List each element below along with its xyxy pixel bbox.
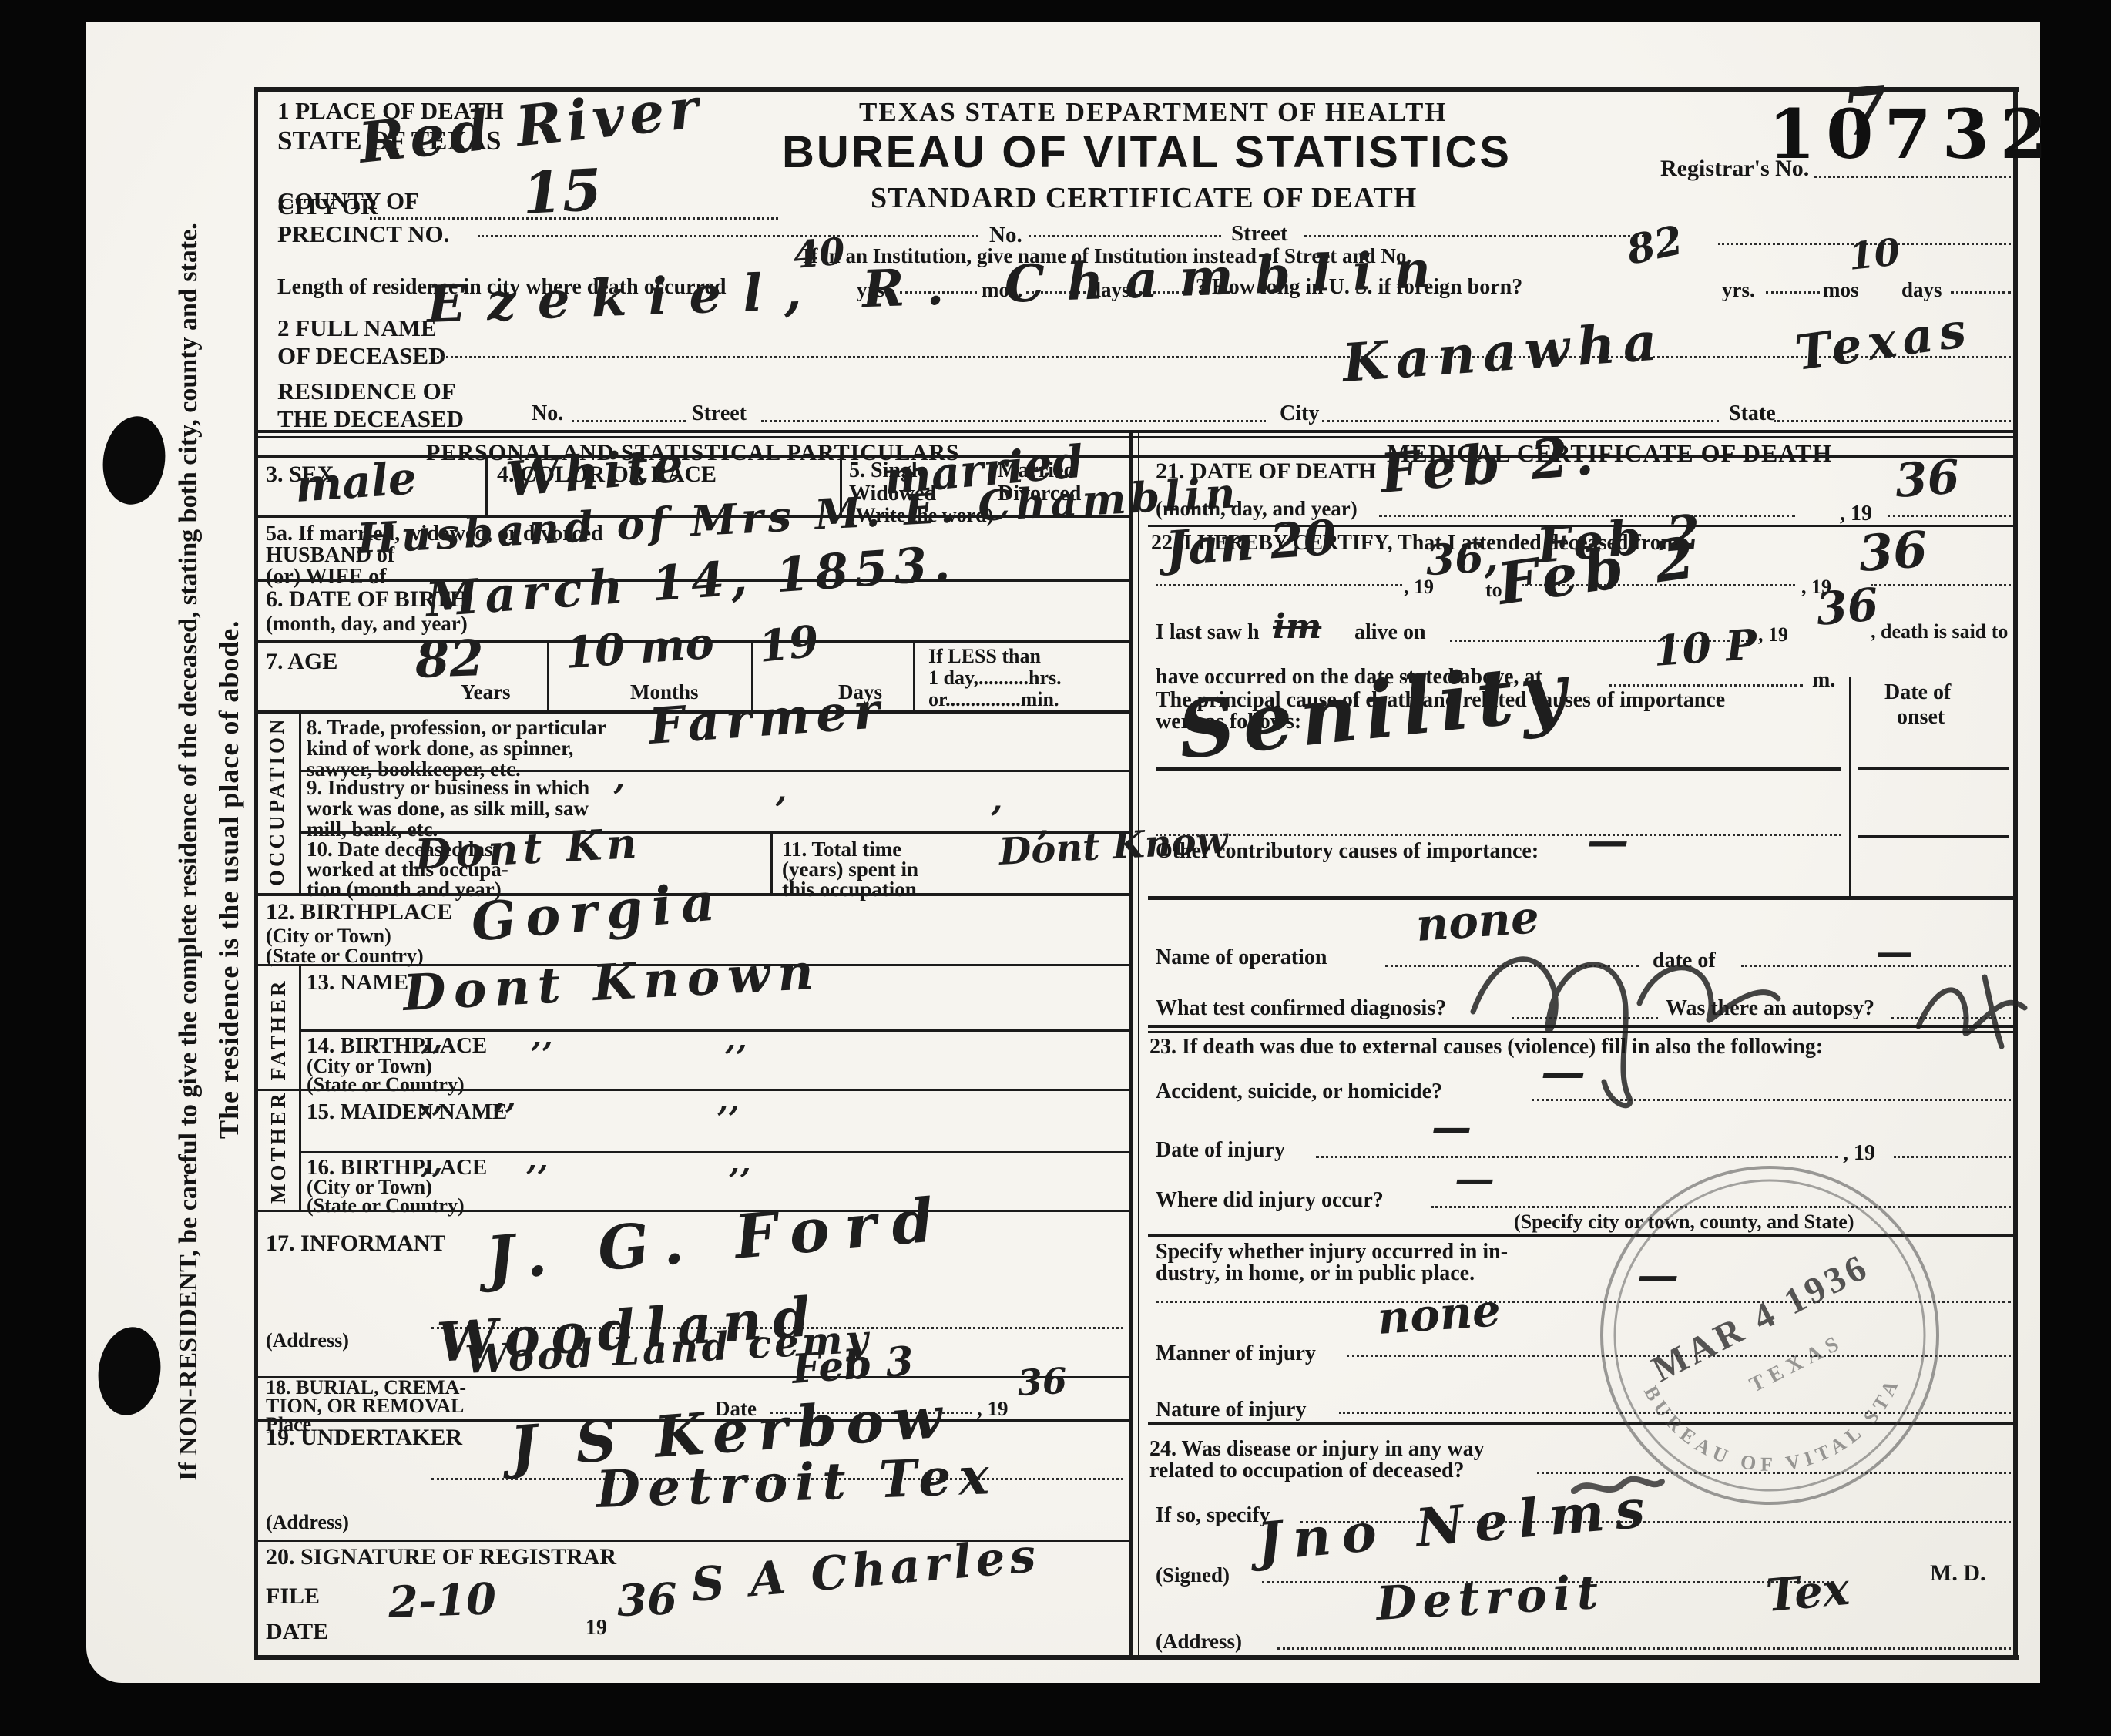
form-border-bottom xyxy=(254,1655,2019,1660)
dotted-line xyxy=(1951,291,2011,294)
ifless-label-1: If LESS than xyxy=(928,646,1041,667)
dotted-line xyxy=(1532,1099,2011,1101)
cell-divider xyxy=(299,964,301,1089)
age-years-handwritten: 82 xyxy=(414,634,485,686)
file-date-handwritten: 2-10 xyxy=(388,1577,497,1624)
scanned-death-certificate: If NON-RESIDENT, be careful to give the … xyxy=(0,0,2111,1736)
ditto-mark: ’’ xyxy=(420,1165,442,1197)
q10-handwritten: Dont Kn xyxy=(414,822,642,875)
sex-handwritten: male xyxy=(294,455,418,509)
cell-divider xyxy=(770,831,773,893)
dotted-line xyxy=(1277,1647,2011,1650)
ditto-mark: ’’ xyxy=(525,1162,548,1194)
precinct-no-label: PRECINCT NO. xyxy=(277,222,449,247)
q12-label: 12. BIRTHPLACE xyxy=(266,900,452,925)
lastsaw-strike-handwritten: im xyxy=(1273,610,1321,644)
double-rule xyxy=(1148,1031,2014,1033)
ditto-mark: ’’ xyxy=(420,1042,442,1074)
occupation-vertical-label: OCCUPATION xyxy=(265,717,289,887)
specify-label-2: dustry, in home, or in public place. xyxy=(1156,1262,1475,1284)
fullname-label-1: 2 FULL NAME xyxy=(277,316,437,341)
contributory-label: Other contributory causes of importance: xyxy=(1156,840,1539,862)
operation-label: Name of operation xyxy=(1156,946,1327,969)
attended-from-year-handwritten: 36, xyxy=(1425,536,1499,581)
md-address-state-handwritten: Tex xyxy=(1764,1566,1851,1618)
row-rule xyxy=(254,1089,1129,1091)
q18-year-prefix: , 19 xyxy=(977,1398,1009,1419)
us-days-label: days xyxy=(1901,279,1942,301)
dotted-line xyxy=(1609,684,1803,687)
dotted-line xyxy=(1029,235,1221,237)
scan-edge-right xyxy=(2040,0,2111,1736)
q17-label: 17. INFORMANT xyxy=(266,1231,445,1256)
autopsy-answer-scribble xyxy=(1911,962,2034,1054)
md-address-label: (Address) xyxy=(1156,1630,1242,1652)
sidebar-instruction-abode: The residence is the usual place of abod… xyxy=(213,620,245,1139)
ditto-mark: ’’ xyxy=(530,1039,552,1071)
city-or-label: CITY OR xyxy=(277,194,378,220)
ditto-mark: ’’ xyxy=(724,1042,747,1074)
ifless-label-3: or...............min. xyxy=(928,689,1059,710)
onset-rule xyxy=(1858,767,2009,770)
q20-label: 20. SIGNATURE OF REGISTRAR xyxy=(266,1545,616,1570)
department-title: TEXAS STATE DEPARTMENT OF HEALTH xyxy=(859,99,1448,127)
fullname-label-2: OF DECEASED xyxy=(277,344,445,369)
dotted-line xyxy=(1156,584,1402,586)
ditto-mark: ’’ xyxy=(728,1165,750,1197)
residence-label-1: RESIDENCE OF xyxy=(277,379,456,405)
us-years-handwritten: 82 xyxy=(1623,220,1686,271)
q19-label: 19. UNDERTAKER xyxy=(266,1425,462,1450)
lastsaw-year-prefix: , 19 xyxy=(1758,624,1788,645)
ditto-mark: ’’ xyxy=(420,1103,442,1136)
no-label: No. xyxy=(989,223,1022,247)
dotted-line xyxy=(1766,291,1820,294)
attended-from-handwritten: Jan 20 xyxy=(1164,514,1338,573)
scan-edge-left xyxy=(0,0,86,1736)
manner-label: Manner of injury xyxy=(1156,1342,1316,1365)
us-mos-label: mos xyxy=(1823,279,1859,301)
q15-label: 15. MAIDEN NAME xyxy=(307,1100,507,1123)
row-rule xyxy=(299,1029,1129,1032)
dotted-line xyxy=(1814,176,2011,178)
occurred-m-label: m. xyxy=(1812,669,1835,691)
burial-date-handwritten: Feb 3 xyxy=(790,1341,915,1390)
certificate-title: STANDARD CERTIFICATE OF DEATH xyxy=(871,183,1417,214)
q5a-label-3: (or) WIFE of xyxy=(266,566,387,588)
q11-label-3: this occupation xyxy=(782,878,917,900)
undertaker-address-handwritten: Detroit Tex xyxy=(596,1450,998,1515)
onset-column-divider xyxy=(1849,677,1851,898)
q21-label: 21. DATE OF DEATH xyxy=(1156,459,1376,484)
certificate-number-stamp: 10732 xyxy=(1768,94,2058,174)
res-no-label: No. xyxy=(532,402,563,425)
q8-label-2: kind of work done, as spinner, xyxy=(307,737,573,759)
onset-label-1: Date of xyxy=(1884,681,1951,703)
nature-label: Nature of injury xyxy=(1156,1399,1306,1421)
stamp-corner-scrawl xyxy=(1568,1460,1668,1514)
file-year-handwritten: 36 xyxy=(616,1577,678,1623)
q17-address-label: (Address) xyxy=(266,1330,349,1351)
q8-label-1: 8. Trade, profession, or particular xyxy=(307,717,606,738)
attended-to-year-handwritten: 36 xyxy=(1858,526,1929,579)
sidebar-instruction-nonresident: If NON-RESIDENT, be careful to give the … xyxy=(174,223,203,1481)
res-city-label: City xyxy=(1280,402,1319,425)
dotted-line xyxy=(431,356,2011,358)
burial-year-handwritten: 36 xyxy=(1017,1363,1068,1401)
q23-label: 23. If death was due to external causes … xyxy=(1149,1036,1823,1058)
dotted-line xyxy=(1774,420,2011,422)
file-label: FILE xyxy=(266,1584,320,1609)
us-months-handwritten: 10 xyxy=(1847,233,1901,276)
dotted-line xyxy=(1156,834,1841,836)
specify-label-1: Specify whether injury occurred in in- xyxy=(1156,1241,1508,1263)
q21-year-prefix: , 19 xyxy=(1840,502,1872,525)
injury-date-label: Date of injury xyxy=(1156,1139,1285,1161)
row-rule xyxy=(299,1151,1129,1153)
age-label: 7. AGE xyxy=(266,650,337,674)
ifso-label: If so, specify xyxy=(1156,1504,1270,1526)
q24-label-1: 24. Was disease or injury in any way xyxy=(1149,1438,1485,1460)
q9-label-2: work was done, as silk mill, saw xyxy=(307,797,589,819)
form-border-left xyxy=(254,87,258,1660)
scan-edge-bottom xyxy=(0,1683,2111,1736)
cause-rule xyxy=(1156,767,1841,771)
lastsaw-label-1: I last saw h xyxy=(1156,621,1260,643)
lastsaw-label-3: , death is said to xyxy=(1871,621,2008,642)
q9-label-1: 9. Industry or business in which xyxy=(307,777,589,798)
mother-vertical-label: MOTHER xyxy=(267,1090,290,1204)
q24-label-2: related to occupation of deceased? xyxy=(1149,1459,1465,1482)
row-rule xyxy=(299,770,1129,772)
dotted-line xyxy=(1871,584,2011,586)
dotted-line xyxy=(1304,235,1650,237)
cell-divider xyxy=(913,643,915,710)
years-label: Years xyxy=(461,681,510,703)
column-divider xyxy=(1129,430,1133,1655)
q14-label: 14. BIRTHPLACE xyxy=(307,1034,487,1057)
q13-label: 13. NAME xyxy=(307,971,408,994)
q9-tick-mark: ’ xyxy=(612,780,625,815)
q12-sub-1: (City or Town) xyxy=(266,925,391,946)
manner-handwritten: none xyxy=(1376,1288,1502,1341)
cell-divider xyxy=(547,643,549,710)
street-label: Street xyxy=(1231,222,1288,245)
accident-dash: — xyxy=(1541,1049,1586,1094)
accident-label: Accident, suicide, or homicide? xyxy=(1156,1080,1442,1103)
signed-label: (Signed) xyxy=(1156,1564,1230,1586)
md-address-city-handwritten: Detroit xyxy=(1375,1570,1606,1627)
injury-date-dash: — xyxy=(1431,1108,1472,1148)
scan-edge-top xyxy=(0,0,2111,22)
injury-where-label: Where did injury occur? xyxy=(1156,1189,1384,1211)
ditto-mark: ’’ xyxy=(493,1100,515,1133)
dotted-line xyxy=(1322,420,1719,422)
lastsaw-label-2: alive on xyxy=(1354,621,1426,643)
form-border-top xyxy=(254,87,2019,92)
double-rule xyxy=(1148,1025,2014,1028)
age-days-handwritten: 19 xyxy=(757,620,821,669)
cell-divider xyxy=(299,1089,301,1210)
ifless-label-2: 1 day,..........hrs. xyxy=(928,667,1062,688)
q19-address-label: (Address) xyxy=(266,1512,349,1533)
death-year-handwritten: 36 xyxy=(1894,454,1961,505)
precinct-handwritten: 15 xyxy=(521,162,603,223)
double-rule xyxy=(254,430,2017,433)
us-yrs-label: yrs. xyxy=(1722,279,1755,301)
bureau-title: BUREAU OF VITAL STATISTICS xyxy=(782,129,1512,176)
contributory-dash-handwritten: — xyxy=(1587,820,1629,861)
cell-divider xyxy=(299,710,301,893)
onset-label-2: onset xyxy=(1897,706,1945,728)
onset-rule xyxy=(1858,835,2009,838)
residence-label-2: THE DECEASED xyxy=(277,407,464,432)
age-months-handwritten: 10 mo xyxy=(563,622,715,675)
dotted-line xyxy=(478,235,978,237)
dotted-line xyxy=(1888,515,2011,517)
injury-where-dash: — xyxy=(1455,1160,1495,1200)
ditto-mark: ’’ xyxy=(717,1103,739,1136)
q14-sub-2: (State or Country) xyxy=(307,1074,465,1095)
md-label: M. D. xyxy=(1930,1561,1985,1586)
dotted-line xyxy=(761,420,1266,422)
test-label: What test confirmed diagnosis? xyxy=(1156,997,1446,1019)
column-divider xyxy=(1138,430,1139,1655)
file-year-prefix: 19 xyxy=(586,1617,607,1639)
double-rule xyxy=(254,436,2017,438)
dotted-line xyxy=(572,420,686,422)
q9-tick-mark: ’ xyxy=(774,792,787,828)
heavy-rule xyxy=(1148,896,2014,900)
res-street-label: Street xyxy=(692,402,747,425)
occurred-time-handwritten: 10 P xyxy=(1652,623,1758,672)
father-vertical-label: FATHER xyxy=(267,978,290,1080)
res-state-label: State xyxy=(1729,402,1776,425)
date-label: DATE xyxy=(266,1620,328,1644)
